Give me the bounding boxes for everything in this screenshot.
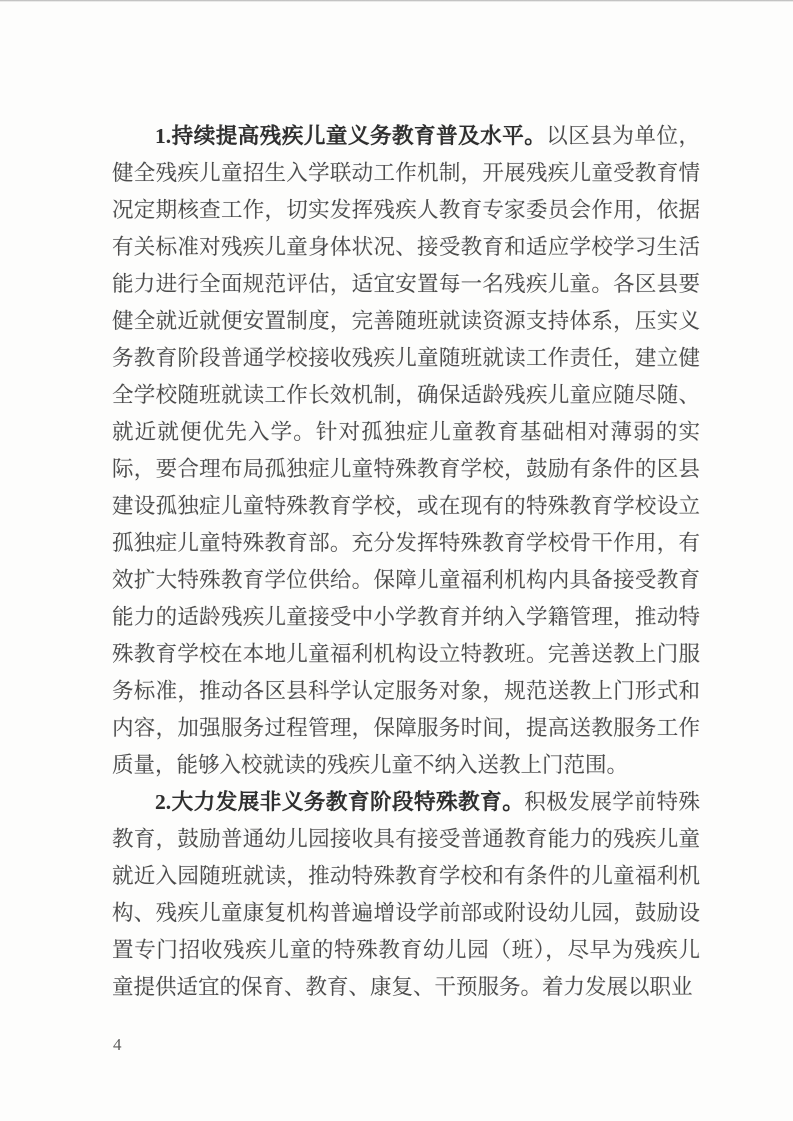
paragraph-1-lead: 1.持续提高残疾儿童义务教育普及水平。 [155, 124, 546, 148]
document-page: 1.持续提高残疾儿童义务教育普及水平。以区县为单位，健全残疾儿童招生入学联动工作… [0, 0, 793, 1121]
paragraph-1: 1.持续提高残疾儿童义务教育普及水平。以区县为单位，健全残疾儿童招生入学联动工作… [112, 118, 700, 784]
paragraph-1-text: 以区县为单位，健全残疾儿童招生入学联动工作机制，开展残疾儿童受教育情况定期核查工… [112, 124, 700, 777]
scan-edge-artifact [0, 0, 793, 2]
page-number: 4 [113, 1035, 122, 1055]
paragraph-2-text: 积极发展学前特殊教育，鼓励普通幼儿园接收具有接受普通教育能力的残疾儿童就近入园随… [112, 790, 700, 999]
scan-speck [692, 619, 697, 623]
document-body: 1.持续提高残疾儿童义务教育普及水平。以区县为单位，健全残疾儿童招生入学联动工作… [112, 118, 700, 1006]
paragraph-2-lead: 2.大力发展非义务教育阶段特殊教育。 [155, 790, 524, 814]
paragraph-2: 2.大力发展非义务教育阶段特殊教育。积极发展学前特殊教育，鼓励普通幼儿园接收具有… [112, 784, 700, 1006]
scan-speck [680, 660, 683, 663]
